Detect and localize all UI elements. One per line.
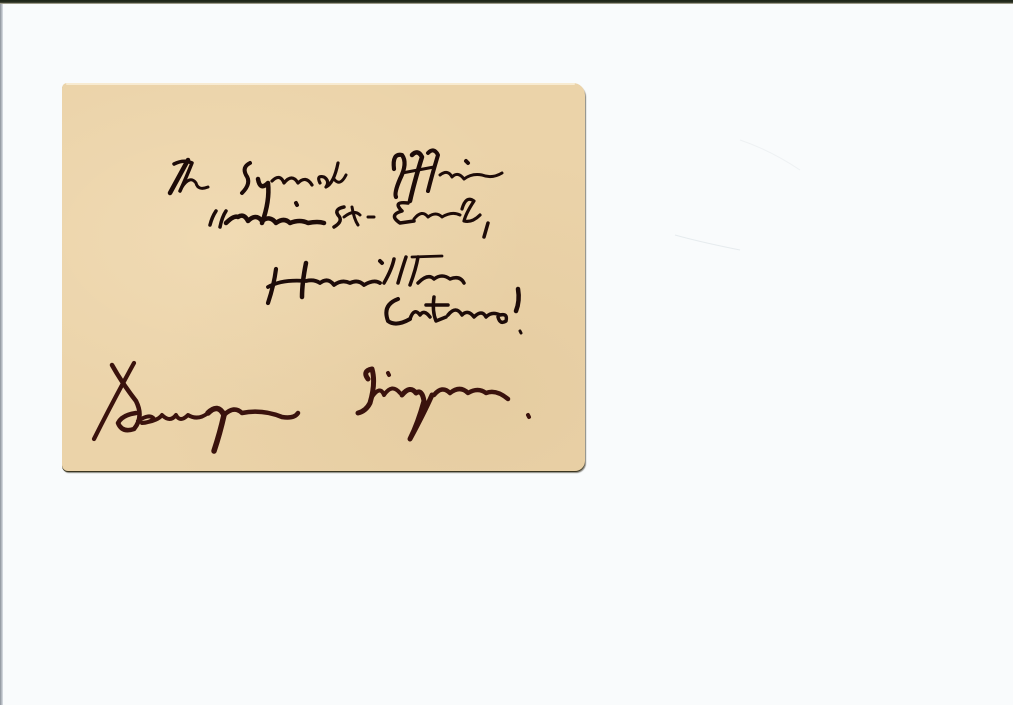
scan-top-edge [0, 0, 1013, 4]
handwritten-card: The Synod Office 11 Main St. East, Hamil… [62, 83, 585, 471]
card-line-4: Ontario. [384, 293, 509, 328]
scan-left-edge [0, 4, 3, 705]
card-line-3: Hamilton [267, 255, 427, 295]
card-signature: Derwyn Niagara. [94, 368, 493, 422]
background-scuff-marks [600, 100, 1000, 400]
card-line-1: The Synod Office [162, 151, 457, 191]
card-line-2: 11 Main St. East, [207, 198, 470, 233]
